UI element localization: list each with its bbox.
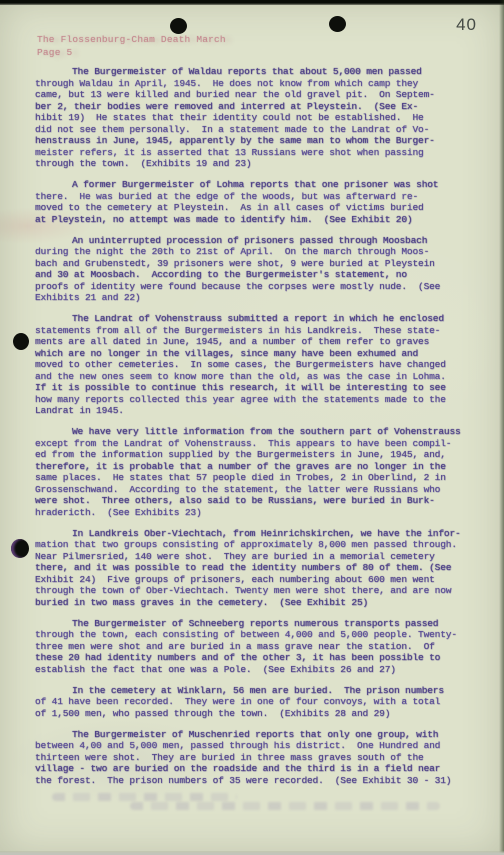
scanned-document-page: 40 The Flossenburg-Cham Death March Page… [0, 0, 504, 855]
text-line: Landrat in 1945. [35, 405, 479, 417]
text-line: thirteen were shot. They are buried in t… [35, 752, 479, 764]
punch-hole-left-lower [11, 539, 29, 558]
text-line: how many reports collected this year agr… [35, 394, 479, 406]
text-line: of 41 have been recorded. They were in o… [35, 696, 479, 708]
text-line: of 1,500 men, who passed through the tow… [35, 708, 479, 720]
page-header: The Flossenburg-Cham Death March Page 5 [37, 33, 226, 59]
text-line: In Landkreis Ober-Viechtach, from Heinri… [35, 528, 479, 540]
text-line: were shot. Three others, also said to be… [35, 495, 479, 507]
text-line: The Burgermeister of Schneeberg reports … [35, 618, 479, 630]
text-line: through Waldau in April, 1945. He does n… [35, 78, 479, 90]
text-line: moved to the cemetery at Pleystein. As i… [35, 202, 479, 214]
text-line: did not see them personally. In a statem… [35, 124, 479, 136]
paragraph: The Burgermeister of Muschenried reports… [35, 729, 479, 787]
scan-edge-right [499, 0, 504, 855]
text-line: during the night the 20th to 21st of Apr… [35, 246, 479, 258]
scan-edge-top [0, 0, 504, 5]
punch-hole-top-left [170, 18, 187, 34]
header-page-label: Page 5 [37, 46, 226, 59]
text-line: establish the fact that one was a Pole. … [35, 664, 479, 676]
text-line: between 4,00 and 5,000 men, passed throu… [35, 740, 479, 752]
document-body: The Burgermeister of Waldau reports that… [35, 66, 479, 786]
text-line: three men were shot and are buried in a … [35, 641, 479, 653]
text-line: and 30 at Moosbach. According to the Bur… [35, 269, 479, 281]
paragraph: An uninterrupted procession of prisoners… [35, 235, 479, 304]
text-line: there. He was buried at the edge of the … [35, 191, 479, 203]
text-line: hibit 19) He states that their identity … [35, 112, 479, 124]
text-line: these 20 had identity numbers and of the… [35, 652, 479, 664]
text-line: If it is possible to continue this resea… [35, 382, 479, 394]
scan-edge-bottom [0, 851, 504, 855]
text-line: through the town, each consisting of bet… [35, 629, 479, 641]
paragraph: We have very little information from the… [35, 426, 479, 518]
paragraph: In the cemetery at Winklarn, 56 men are … [35, 685, 479, 720]
text-line: Exhibits 21 and 22) [35, 292, 479, 304]
text-line: came, but 13 were killed and buried near… [35, 89, 479, 101]
paragraph: In Landkreis Ober-Viechtach, from Heinri… [35, 528, 479, 609]
text-line: meister refers, it is asserted that 13 R… [35, 147, 479, 159]
text-line: The Landrat of Vohenstrauss submitted a … [35, 313, 479, 325]
paragraph: The Burgermeister of Schneeberg reports … [35, 618, 479, 676]
text-line: The Burgermeister of Muschenried reports… [35, 729, 479, 741]
text-line: The Burgermeister of Waldau reports that… [35, 66, 479, 78]
text-line: therefore, it is probable that a number … [35, 461, 479, 473]
text-line: hradericth. (See Exhibits 23) [35, 507, 479, 519]
text-line: An uninterrupted procession of prisoners… [35, 235, 479, 247]
text-line: the forest. The prison numbers of 35 wer… [35, 775, 479, 787]
paragraph: A former Burgermeister of Lohma reports … [35, 179, 479, 225]
text-line: ments are all dated in June, 1945, and a… [35, 336, 479, 348]
text-line: moved to other cemeteries. In some cases… [35, 359, 479, 371]
header-title: The Flossenburg-Cham Death March [37, 33, 226, 46]
text-line: except from the Landrat of Vohenstrauss.… [35, 438, 479, 450]
text-line: through the town of Ober-Viechtach. Twen… [35, 585, 479, 597]
text-line: proofs of identity were found because th… [35, 281, 479, 293]
text-line: there, and it was possible to read the i… [35, 562, 479, 574]
text-line: A former Burgermeister of Lohma reports … [35, 179, 479, 191]
text-line: bach and Grubenstedt, 39 prisoners were … [35, 258, 479, 270]
text-line: Grossenschwand. According to the stateme… [35, 484, 479, 496]
punch-hole-left-upper [13, 333, 29, 350]
text-line: same places. He states that 57 people di… [35, 472, 479, 484]
text-line: henstrauss in June, 1945, apparently by … [35, 135, 479, 147]
text-line: ed from the information supplied by the … [35, 449, 479, 461]
text-line: at Pleystein, no attempt was made to ide… [35, 214, 479, 226]
text-line: and the new ones seem to know more than … [35, 371, 479, 383]
text-line: through the town. (Exhibits 19 and 23) [35, 158, 479, 170]
text-line: mation that two groups consisting of app… [35, 539, 479, 551]
punch-hole-top-right [329, 16, 346, 32]
page-number: 40 [456, 15, 477, 35]
paragraph: The Landrat of Vohenstrauss submitted a … [35, 313, 479, 417]
bleed-through-text [52, 793, 237, 801]
text-line: village - two are buried on the roadside… [35, 763, 479, 775]
bleed-through-text [130, 802, 440, 810]
paragraph: The Burgermeister of Waldau reports that… [35, 66, 479, 170]
text-line: ber 2, their bodies were removed and int… [35, 101, 479, 113]
text-line: which are no longer in the villages, sin… [35, 348, 479, 360]
text-line: Near Pilmersried, 140 were shot. They ar… [35, 551, 479, 563]
text-line: In the cemetery at Winklarn, 56 men are … [35, 685, 479, 697]
text-line: We have very little information from the… [35, 426, 479, 438]
text-line: buried in two mass graves in the cemeter… [35, 597, 479, 609]
text-line: statements from all of the Burgermeister… [35, 325, 479, 337]
text-line: Exhibit 24) Five groups of prisoners, ea… [35, 574, 479, 586]
